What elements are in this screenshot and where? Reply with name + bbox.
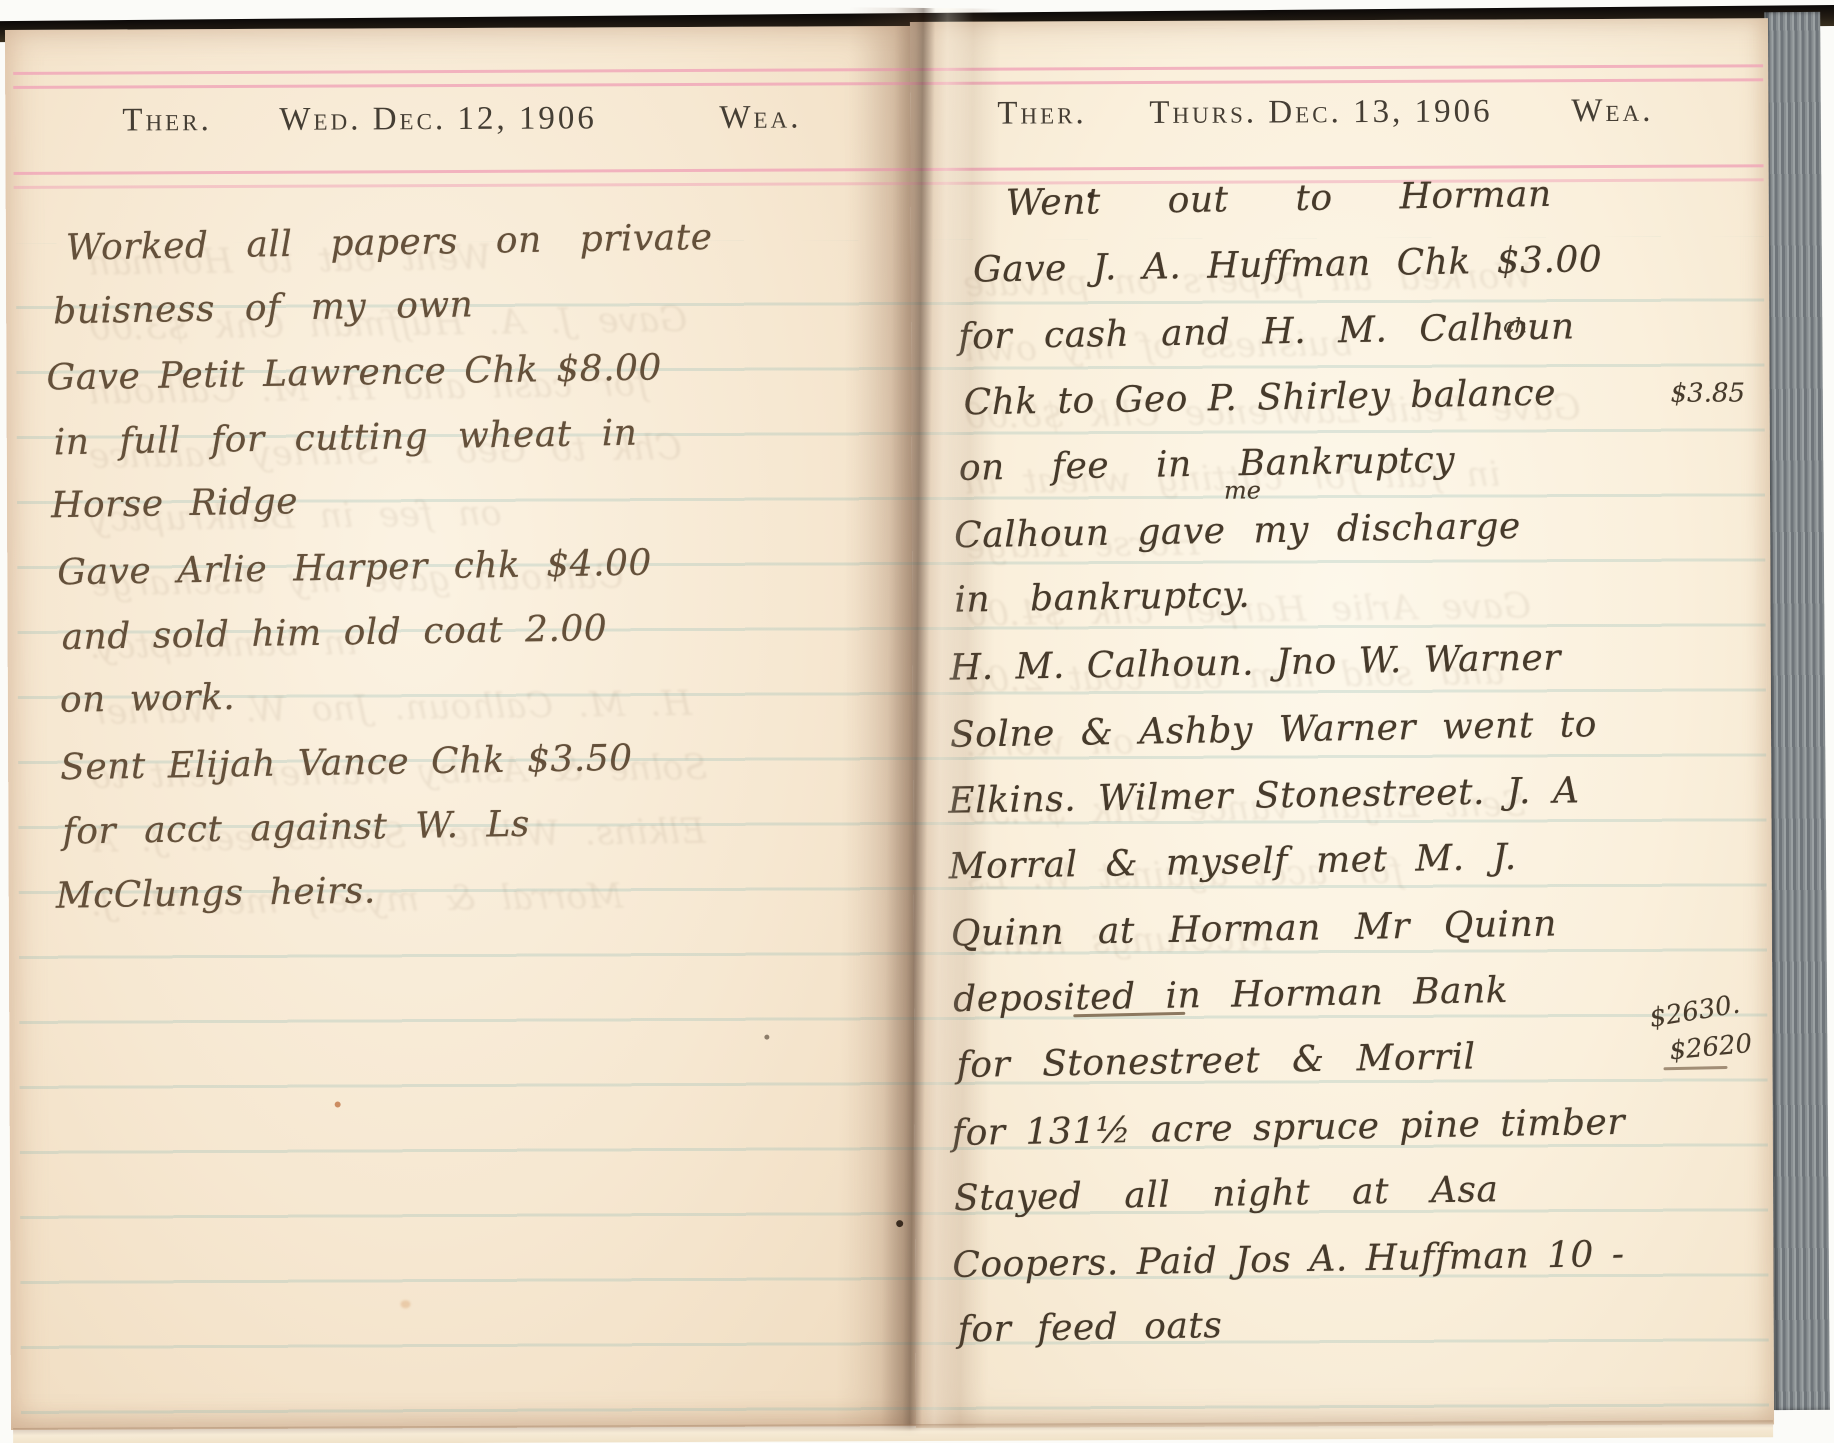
showthrough-left: Went out to HormanGave J. A. Huffman Chk… — [0, 0, 1831, 4]
diary-scan: Ther. Wed. Dec. 12, 1906 Wea. Ther. Thur… — [0, 0, 1834, 1443]
diary-entry-line: Horse Ridge — [51, 481, 299, 526]
ink-speck — [1088, 192, 1094, 198]
header-ther-label-left: Ther. — [122, 102, 212, 139]
shirley-amount-note: $3.85 — [1671, 378, 1746, 408]
header-date-left: Wed. Dec. 12, 1906 — [279, 100, 597, 138]
diary-entry-line: on fee in Bankruptcy — [959, 440, 1456, 489]
open-diary-book: Ther. Wed. Dec. 12, 1906 Wea. Ther. Thur… — [0, 0, 1834, 1443]
diary-entry-line: McClungs heirs. — [55, 870, 376, 916]
diary-entry-line: buisness of my own — [53, 284, 474, 332]
header-date-right: Thurs. Dec. 13, 1906 — [1149, 93, 1492, 131]
inserted-word-ch: ch — [1503, 313, 1527, 337]
diary-entry-line: in bankruptcy. — [954, 575, 1250, 621]
diary-entry-line: for acct against W. Ls — [62, 804, 530, 853]
header-wea-label-left: Wea. — [719, 99, 801, 136]
header-wea-label-right: Wea. — [1571, 93, 1653, 130]
diary-entry-line: on work. — [60, 677, 236, 721]
showthrough-right: Worked all papers on privatebuisness of … — [0, 0, 1831, 4]
header-ther-label-right: Ther. — [997, 95, 1087, 132]
inserted-word-me: me — [1224, 476, 1261, 504]
rust-speck — [335, 1102, 341, 1108]
ink-speck — [764, 1035, 769, 1040]
book-gutter-shadow — [835, 7, 1001, 1436]
diary-entry-line: for Stonestreet & Morril — [956, 1036, 1476, 1086]
diary-entry-line: for feed oats — [957, 1305, 1222, 1350]
stain — [401, 1300, 411, 1308]
